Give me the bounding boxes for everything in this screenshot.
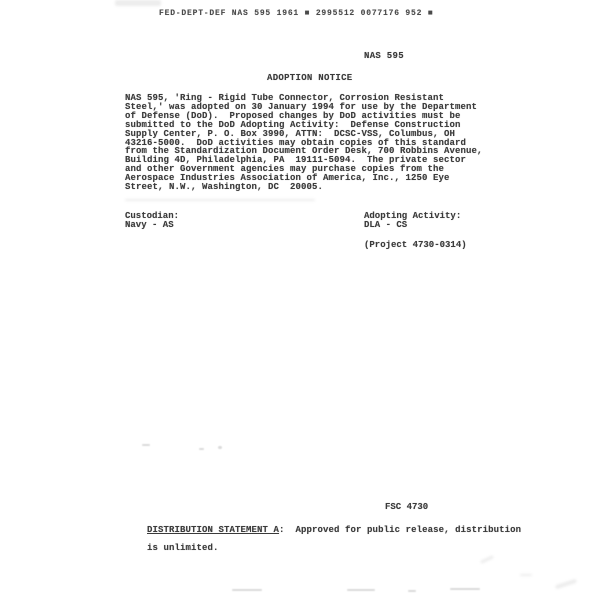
scan-artifact (555, 579, 577, 590)
scan-artifact (199, 448, 204, 450)
scan-artifact (520, 574, 532, 576)
fsc-number: FSC 4730 (385, 502, 428, 512)
scan-artifact (218, 446, 222, 449)
scan-artifact (450, 588, 480, 590)
scan-artifact (115, 0, 161, 6)
scan-artifact (125, 199, 315, 201)
scan-artifact (408, 590, 416, 592)
scan-artifact (232, 589, 262, 591)
scan-artifact (142, 444, 150, 446)
custodian-value: Navy - AS (125, 220, 174, 230)
distribution-statement-label: DISTRIBUTION STATEMENT A (147, 525, 279, 535)
scanned-document-page: FED-DEPT-DEF NAS 595 1961 ■ 2995512 0077… (0, 0, 600, 600)
project-number: (Project 4730-0314) (364, 240, 467, 250)
adopting-activity-value: DLA - CS (364, 220, 407, 230)
document-number: NAS 595 (364, 51, 404, 61)
distribution-statement-line2: is unlimited. (147, 543, 219, 553)
scan-header-line: FED-DEPT-DEF NAS 595 1961 ■ 2995512 0077… (159, 9, 433, 18)
scan-artifact (347, 589, 375, 591)
distribution-statement-text: : Approved for public release, distribut… (279, 525, 521, 535)
distribution-statement: DISTRIBUTION STATEMENT A: Approved for p… (125, 517, 521, 562)
body-paragraph: NAS 595, 'Ring - Rigid Tube Connector, C… (125, 94, 483, 192)
page-title: ADOPTION NOTICE (267, 73, 353, 83)
